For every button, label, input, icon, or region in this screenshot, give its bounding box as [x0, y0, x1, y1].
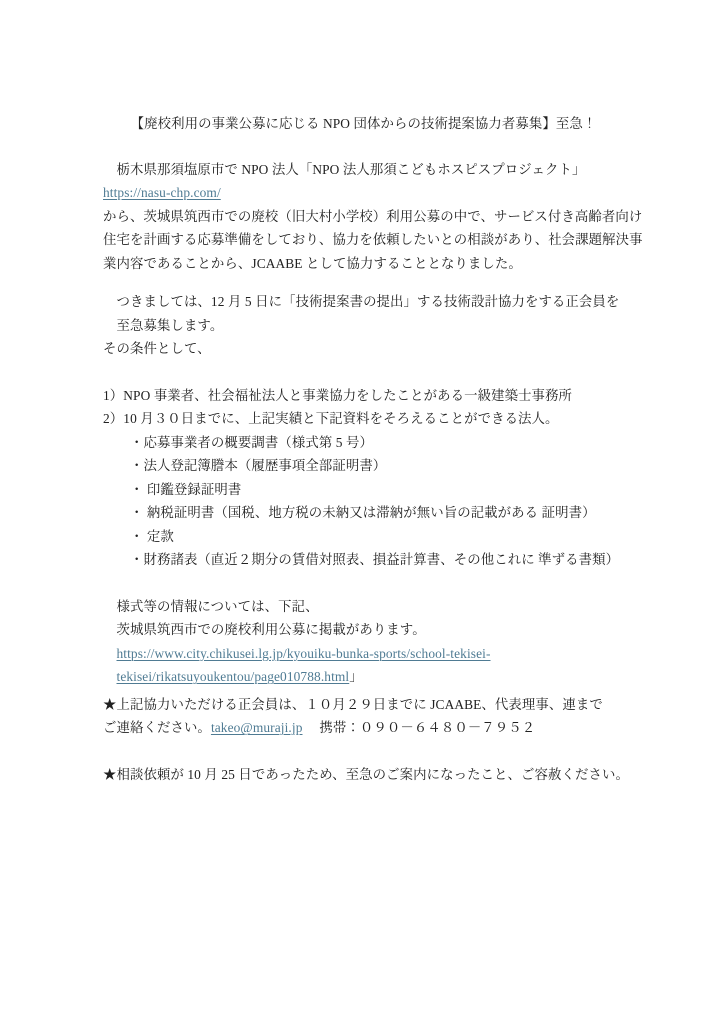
- text-run: 1）NPO 事業者、社会福祉法人と事業協力をしたことがある一級建築士事務所: [103, 388, 572, 403]
- text-line: ・ 印鑑登録証明書: [103, 478, 624, 502]
- text-line: 様式等の情報については、下記、: [103, 595, 624, 619]
- text-run: [103, 646, 117, 661]
- document-body: 【廃校利用の事業公募に応じる NPO 団体からの技術提案協力者募集】至急！ 栃木…: [103, 112, 624, 786]
- text-line: から、茨城県筑西市での廃校（旧大村小学校）利用公募の中で、サービス付き高齢者向け: [103, 205, 624, 229]
- text-run: 様式等の情報については、下記、: [103, 599, 319, 614]
- text-run: ・ 定款: [103, 529, 174, 544]
- text-line: tekisei/rikatsuyoukentou/page010788.html…: [103, 665, 624, 689]
- document-title: 【廃校利用の事業公募に応じる NPO 団体からの技術提案協力者募集】至急！: [103, 112, 624, 136]
- document-page: 【廃校利用の事業公募に応じる NPO 団体からの技術提案協力者募集】至急！ 栃木…: [0, 0, 724, 1024]
- text-line: 業内容であることから、JCAABE として協力することとなりました。: [103, 252, 624, 276]
- text-line: 茨城県筑西市での廃校利用公募に掲載があります。: [103, 618, 624, 642]
- paragraph-gap: [103, 572, 624, 595]
- text-run: ★相談依頼が 10 月 25 日であったため、至急のご案内になったこと、ご容赦く…: [103, 767, 629, 782]
- text-line: ・ 納税証明書（国税、地方税の未納又は滞納が無い旨の記載がある 証明書）: [103, 501, 624, 525]
- text-run: ・ 印鑑登録証明書: [103, 482, 241, 497]
- text-line: ★上記協力いただける正会員は、１０月２９日までに JCAABE、代表理事、連まで: [103, 693, 624, 717]
- text-line: ご連絡ください。takeo@muraji.jp 携帯：０９０－６４８０－７９５２: [103, 716, 624, 740]
- document-lines: 栃木県那須塩原市で NPO 法人「NPO 法人那須こどもホスピスプロジェクト」h…: [103, 136, 624, 787]
- paragraph-gap: [103, 275, 624, 290]
- paragraph-gap: [103, 361, 624, 384]
- paragraph-gap: [103, 136, 624, 158]
- paragraph-gap: [103, 740, 624, 763]
- text-line: https://nasu-chp.com/: [103, 181, 624, 205]
- text-run: その条件として、: [103, 341, 211, 356]
- text-run: ・ 納税証明書（国税、地方税の未納又は滞納が無い旨の記載がある 証明書）: [103, 505, 596, 520]
- text-run: 住宅を計画する応募準備をしており、協力を依頼したいとの相談があり、社会課題解決事: [103, 232, 643, 247]
- email-link[interactable]: takeo@muraji.jp: [211, 720, 303, 735]
- text-line: ★相談依頼が 10 月 25 日であったため、至急のご案内になったこと、ご容赦く…: [103, 763, 624, 787]
- text-run: ・法人登記簿謄本（履歴事項全部証明書）: [103, 458, 386, 473]
- text-run: ご連絡ください。: [103, 720, 211, 735]
- text-line: https://www.city.chikusei.lg.jp/kyouiku-…: [103, 642, 624, 666]
- text-run: 茨城県筑西市での廃校利用公募に掲載があります。: [103, 622, 426, 637]
- text-line: ・法人登記簿謄本（履歴事項全部証明書）: [103, 454, 624, 478]
- text-line: つきましては、12 月 5 日に「技術提案書の提出」する技術設計協力をする正会員…: [103, 290, 624, 314]
- text-run: から、茨城県筑西市での廃校（旧大村小学校）利用公募の中で、サービス付き高齢者向け: [103, 209, 642, 224]
- text-line: ・応募事業者の概要調書（様式第 5 号）: [103, 431, 624, 455]
- text-line: その条件として、: [103, 337, 624, 361]
- text-run: 2）10 月３０日までに、上記実績と下記資料をそろえることができる法人。: [103, 411, 559, 426]
- text-run: ・応募事業者の概要調書（様式第 5 号）: [103, 435, 373, 450]
- text-line: 2）10 月３０日までに、上記実績と下記資料をそろえることができる法人。: [103, 407, 624, 431]
- chikusei-url-line2-link[interactable]: tekisei/rikatsuyoukentou/page010788.html: [117, 669, 350, 684]
- text-run: ★上記協力いただける正会員は、１０月２９日までに JCAABE、代表理事、連まで: [103, 697, 603, 712]
- nasu-chp-link[interactable]: https://nasu-chp.com/: [103, 185, 221, 200]
- text-line: 至急募集します。: [103, 314, 624, 338]
- text-run: ・財務諸表（直近２期分の賃借対照表、損益計算書、その他これに 準ずる書類）: [103, 552, 619, 567]
- text-run: 至急募集します。: [103, 318, 223, 333]
- text-line: 栃木県那須塩原市で NPO 法人「NPO 法人那須こどもホスピスプロジェクト」: [103, 158, 624, 182]
- text-line: ・ 定款: [103, 525, 624, 549]
- text-run: [103, 669, 117, 684]
- text-run: つきましては、12 月 5 日に「技術提案書の提出」する技術設計協力をする正会員…: [103, 294, 619, 309]
- text-run: 栃木県那須塩原市で NPO 法人「NPO 法人那須こどもホスピスプロジェクト」: [103, 162, 585, 177]
- text-run: 業内容であることから、JCAABE として協力することとなりました。: [103, 256, 522, 271]
- text-run: 携帯：０９０－６４８０－７９５２: [302, 720, 535, 735]
- text-run: 」: [349, 669, 363, 684]
- chikusei-url-line1-link[interactable]: https://www.city.chikusei.lg.jp/kyouiku-…: [117, 646, 491, 661]
- text-line: 1）NPO 事業者、社会福祉法人と事業協力をしたことがある一級建築士事務所: [103, 384, 624, 408]
- text-line: ・財務諸表（直近２期分の賃借対照表、損益計算書、その他これに 準ずる書類）: [103, 548, 624, 572]
- text-line: 住宅を計画する応募準備をしており、協力を依頼したいとの相談があり、社会課題解決事: [103, 228, 624, 252]
